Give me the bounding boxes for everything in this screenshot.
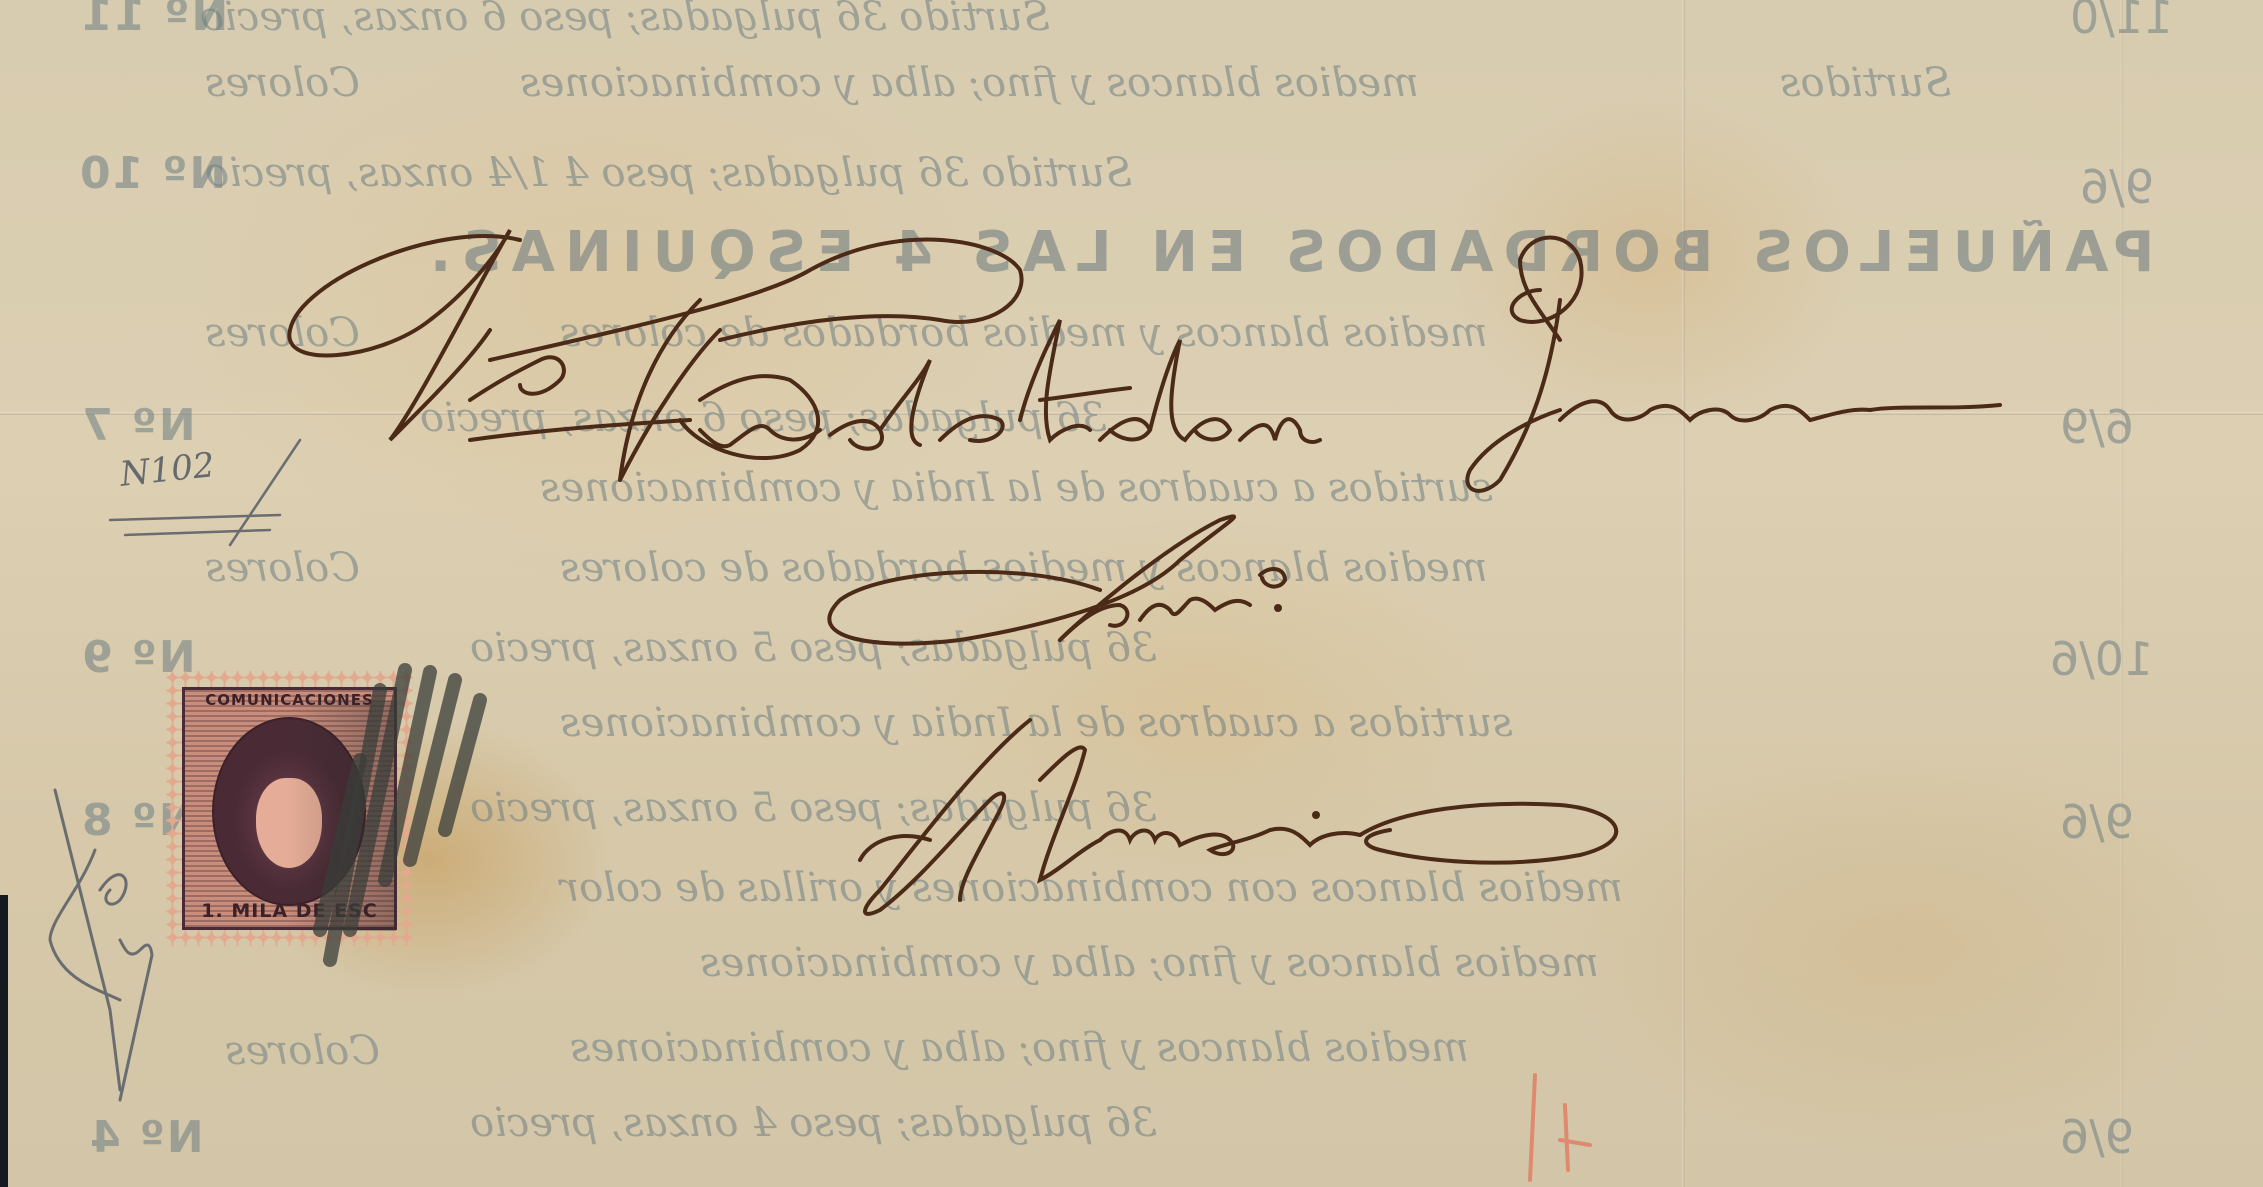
bleed-line: 36 pulgadas; peso 5 onzas, precio (470, 625, 1157, 671)
bleed-line: medios blancos y fino; alba y combinacio… (700, 940, 1599, 986)
bleed-row-word: Colores (205, 60, 360, 106)
bleed-line: 36 pulgadas; peso 4 onzas, precio (470, 1100, 1157, 1146)
bleed-line: medios blancos y medios bordados de colo… (560, 310, 1488, 356)
pencil-reference-note: N102 (118, 445, 216, 495)
postal-cover: Nº 11 Surtido 36 pulgadas; peso 6 onzas,… (0, 0, 2263, 1187)
bleed-row-number: Nº 4 (88, 1112, 204, 1163)
bleed-line: surtidos a cuadros de la India y combina… (560, 700, 1513, 746)
bleed-row-word: Colores (205, 310, 360, 356)
bleed-row-word: Colores (225, 1028, 380, 1074)
bleed-line: 36 pulgadas; peso 6 onzas, precio (420, 395, 1107, 441)
bleed-row-number: Nº 10 (78, 148, 226, 199)
bleed-price: 9/6 (2060, 1110, 2134, 1164)
bleed-price: 9/6 (2080, 160, 2154, 214)
vertical-fold (1682, 0, 1685, 1187)
bleed-line: Surtido 36 pulgadas; peso 4 1/4 onzas, p… (205, 150, 1132, 196)
bleed-line: medios blancos y fino; alba y combinacio… (520, 60, 1419, 106)
bleed-price: 6/9 (2060, 400, 2134, 454)
bleed-line: 36 pulgadas; peso 5 onzas, precio (470, 785, 1157, 831)
bleed-row-word: Colores (205, 545, 360, 591)
stamp-cancel-shadow (286, 701, 396, 931)
bleed-line: medios blancos y fino; alba y combinacio… (570, 1025, 1469, 1071)
bleed-line: Surtido 36 pulgadas; peso 6 onzas, preci… (200, 0, 1050, 40)
bleed-line: medios blancos y medios bordados de colo… (560, 545, 1488, 591)
scan-edge (0, 895, 8, 1187)
bleed-heading: PAÑUELOS BORDADOS EN LAS 4 ESQUINAS. (420, 220, 2154, 285)
red-pencil-mark (1530, 1075, 1590, 1180)
bleed-price: 11/0 (2070, 0, 2173, 44)
postage-stamp: COMUNICACIONES 1. MILA DE ESC (166, 671, 413, 946)
bleed-price: 9/6 (2060, 795, 2134, 849)
bleed-row-word: Surtidos (1780, 60, 1951, 106)
bleed-price: 10/6 (2050, 632, 2153, 686)
bleed-row-number: Nº 7 (80, 400, 196, 451)
bleed-line: surtidos a cuadros de la India y combina… (540, 465, 1493, 511)
horizontal-fold (0, 412, 2263, 415)
bleed-line: medios blancos con combinaciones y orill… (560, 865, 1623, 911)
